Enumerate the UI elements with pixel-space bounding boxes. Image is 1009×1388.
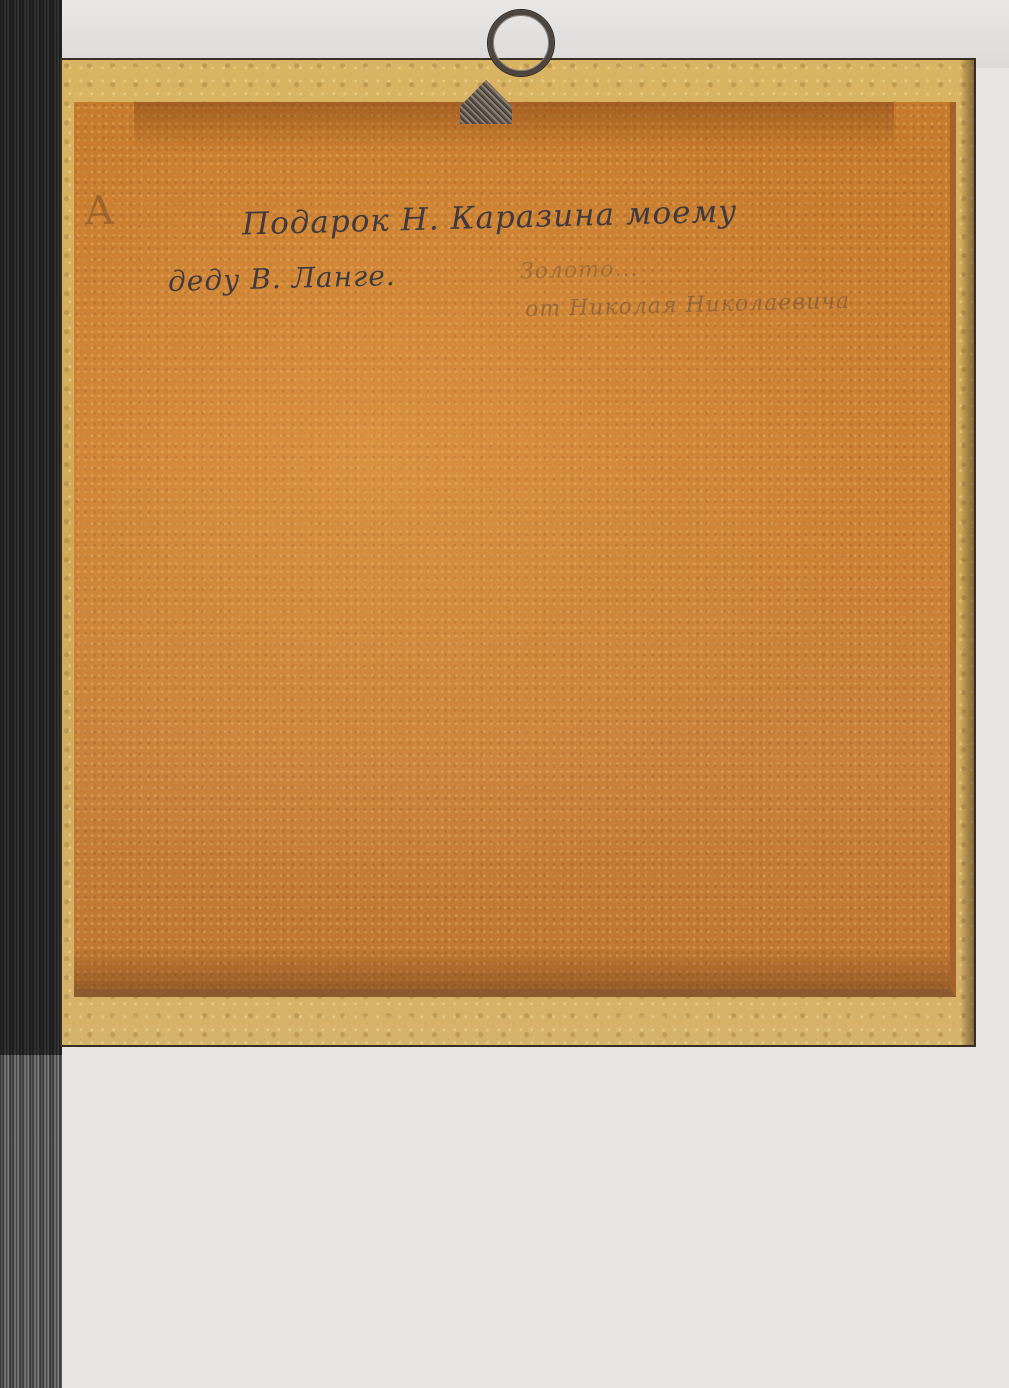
stain-top	[134, 102, 894, 152]
inscription-line-2: деду В. Ланге.	[168, 259, 397, 298]
scanner-edge-strip-lower	[0, 1055, 62, 1388]
faint-inscription-line-1: Золото...	[520, 256, 639, 284]
hanger-ring-icon	[488, 10, 554, 76]
board-edge-shadow	[960, 60, 974, 1045]
inner-cardboard-panel	[74, 102, 956, 997]
stain-bottom	[74, 949, 950, 989]
corner-mark: А	[83, 188, 115, 235]
